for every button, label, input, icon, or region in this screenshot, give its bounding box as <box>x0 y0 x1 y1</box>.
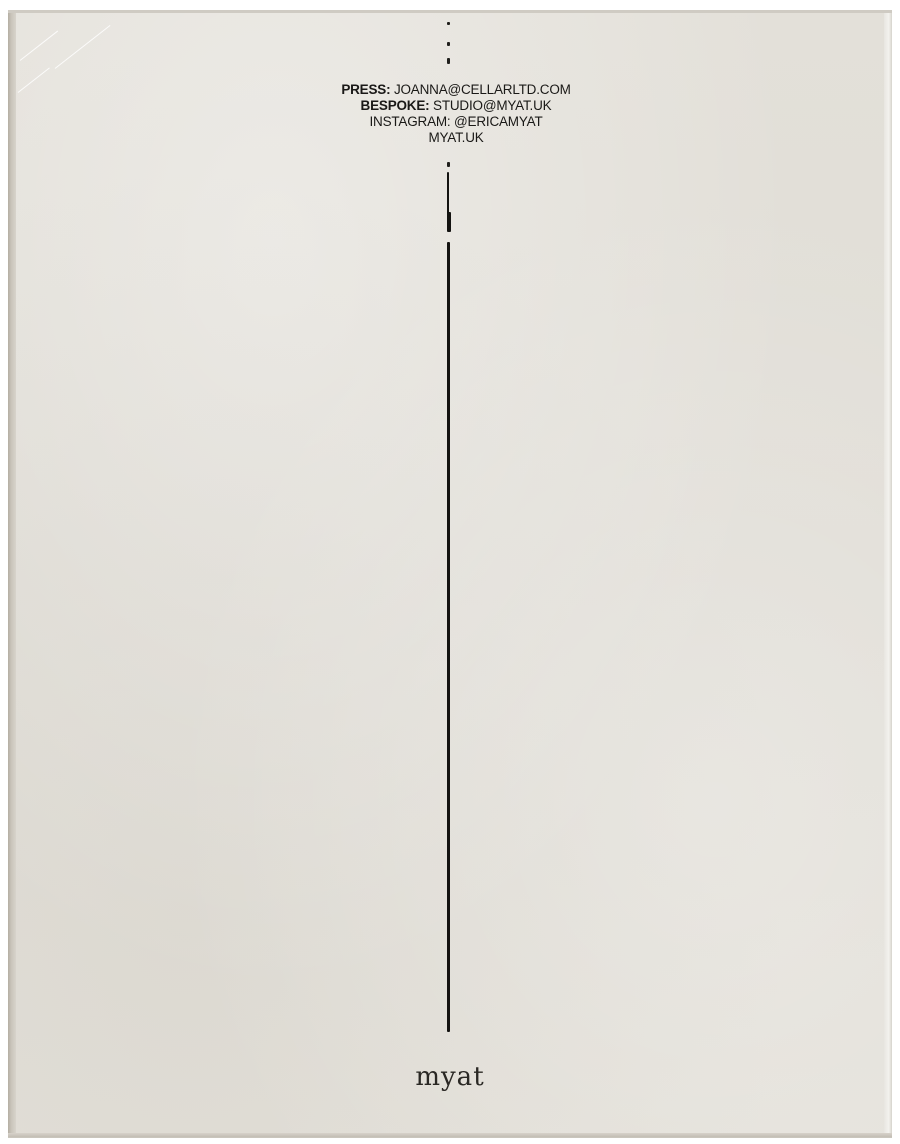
contact-bespoke: BESPOKE: STUDIO@MYAT.UK <box>0 98 900 114</box>
contact-instagram-value: @ERICAMYAT <box>454 114 542 129</box>
rule-dot <box>447 58 450 64</box>
vertical-rule <box>447 242 450 1032</box>
contact-instagram-label: INSTAGRAM: <box>369 114 450 129</box>
rule-dot <box>447 42 450 46</box>
spine-edge <box>8 12 16 1136</box>
contact-instagram: INSTAGRAM: @ERICAMYAT <box>0 114 900 130</box>
contact-website: MYAT.UK <box>0 130 900 146</box>
contact-bespoke-value: STUDIO@MYAT.UK <box>433 98 551 113</box>
contact-block: PRESS: JOANNA@CELLARLTD.COM BESPOKE: STU… <box>0 82 900 146</box>
vertical-rule <box>447 212 451 232</box>
contact-website-value: MYAT.UK <box>428 130 483 145</box>
right-page-edge <box>884 12 892 1136</box>
bottom-page-edge <box>8 1133 892 1137</box>
contact-bespoke-label: BESPOKE: <box>361 98 430 113</box>
contact-press: PRESS: JOANNA@CELLARLTD.COM <box>0 82 900 98</box>
contact-press-label: PRESS: <box>341 82 390 97</box>
contact-press-value: JOANNA@CELLARLTD.COM <box>394 82 571 97</box>
rule-dot <box>447 162 450 167</box>
top-page-edge <box>8 10 892 13</box>
rule-dot <box>447 22 450 25</box>
back-cover <box>8 10 892 1138</box>
brand-wordmark: myat <box>0 1062 900 1092</box>
